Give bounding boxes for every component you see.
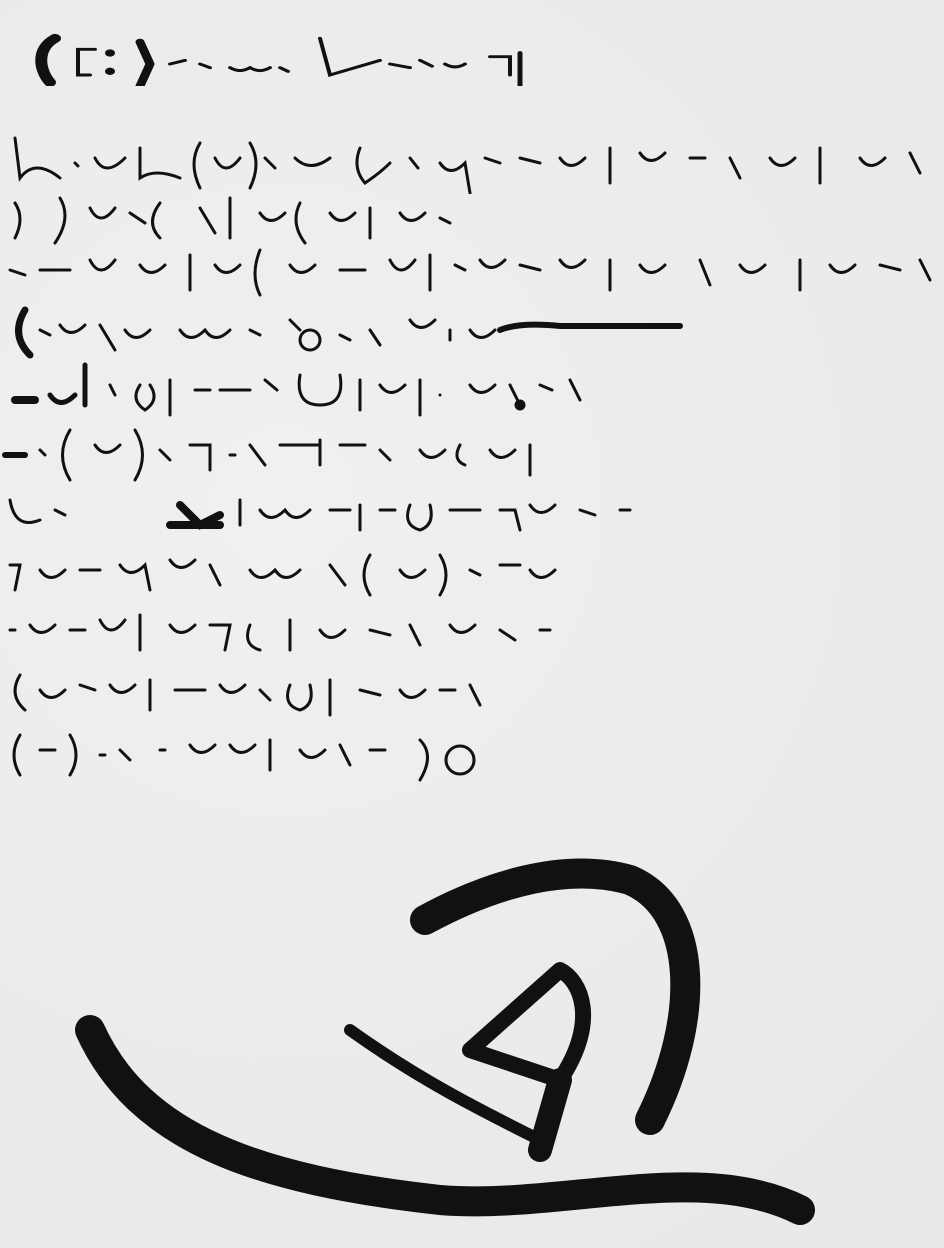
brush-glyph: [brush glyph] xyxy=(0,820,944,1248)
text-line: [illegible handwritten line 6] xyxy=(0,360,944,426)
text-line: [illegible handwritten line 4] xyxy=(0,240,944,306)
text-line: [illegible handwritten line 12] xyxy=(0,720,944,786)
text-line: [illegible handwritten line 8] xyxy=(0,480,944,546)
text-line: [illegible handwritten line 5] xyxy=(0,300,944,366)
text-line: [illegible handwritten line 2] xyxy=(0,128,944,194)
text-line: [illegible handwritten line 9] xyxy=(0,540,944,606)
text-line: [illegible handwritten line 7] xyxy=(0,420,944,486)
text-block: [illegible handwritten line 1] [illegibl… xyxy=(0,0,944,820)
text-line: [illegible handwritten line 10] xyxy=(0,600,944,666)
text-line: [illegible handwritten line 1] xyxy=(0,20,944,86)
text-line: [illegible handwritten line 11] xyxy=(0,660,944,726)
manuscript-page: [illegible handwritten line 1] [illegibl… xyxy=(0,0,944,1248)
